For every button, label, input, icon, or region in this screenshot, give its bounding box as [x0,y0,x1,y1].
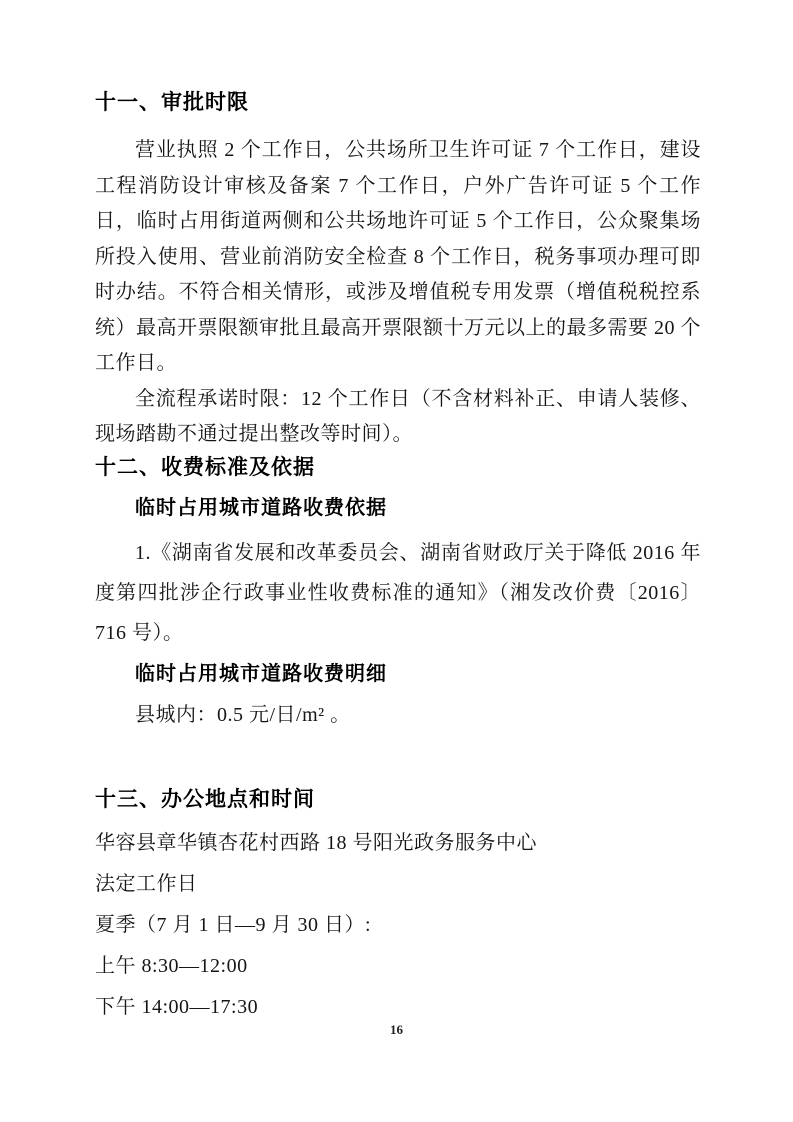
office-workdays: 法定工作日 [95,864,701,905]
document-content: 十一、审批时限 营业执照 2 个工作日，公共场所卫生许可证 7 个工作日，建设工… [95,0,701,1028]
section-11-heading: 十一、审批时限 [95,88,701,118]
document-page: 十一、审批时限 营业执照 2 个工作日，公共场所卫生许可证 7 个工作日，建设工… [0,0,793,1122]
section-11-paragraph-approval-times: 营业执照 2 个工作日，公共场所卫生许可证 7 个工作日，建设工程消防设计审核及… [95,133,701,382]
section-12-heading: 十二、收费标准及依据 [95,453,701,483]
fee-detail-subheading: 临时占用城市道路收费明细 [95,657,701,691]
section-11-paragraph-full-process: 全流程承诺时限：12 个工作日（不含材料补正、申请人装修、现场踏勘不通过提出整改… [95,382,701,453]
office-summer-label: 夏季（7 月 1 日—9 月 30 日）: [95,905,701,946]
office-morning-hours: 上午 8:30—12:00 [95,946,701,987]
page-number: 16 [0,1022,793,1038]
fee-detail-line: 县城内：0.5 元/日/m² 。 [95,695,701,735]
fee-basis-subheading: 临时占用城市道路收费依据 [95,491,701,525]
fee-basis-item-1: 1.《湖南省发展和改革委员会、湖南省财政厅关于降低 2016 年度第四批涉企行政… [95,533,701,653]
section-13-heading: 十三、办公地点和时间 [95,785,701,815]
office-address: 华容县章华镇杏花村西路 18 号阳光政务服务中心 [95,823,701,864]
